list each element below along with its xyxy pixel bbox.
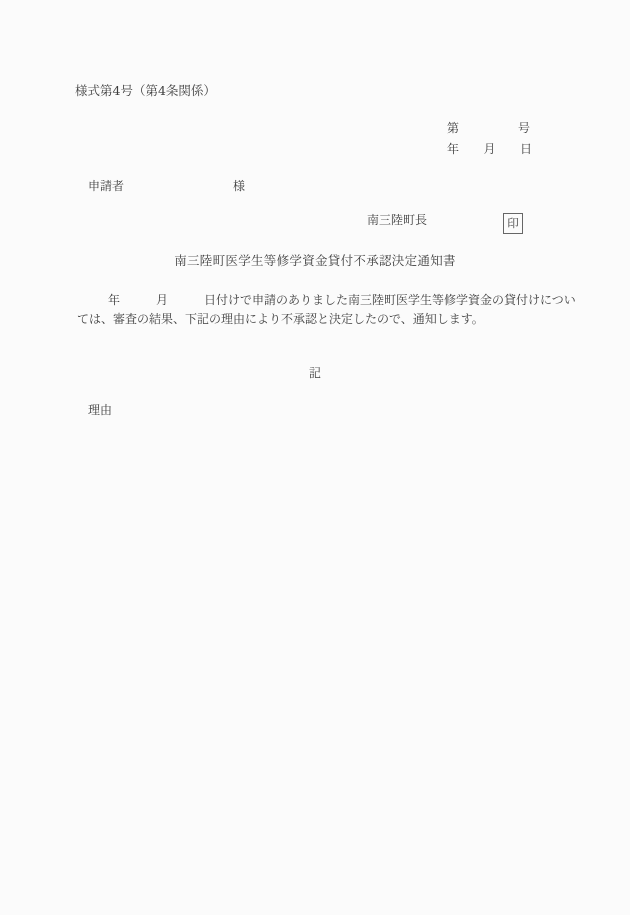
- applicant-label: 申請者: [88, 178, 124, 194]
- seal-box: 印: [503, 213, 523, 234]
- document-number-suffix: 号: [518, 120, 530, 136]
- reason-label: 理由: [88, 402, 112, 418]
- seal-character: 印: [507, 218, 519, 230]
- date-year-label: 年: [447, 141, 459, 157]
- date-day-label: 日: [520, 141, 532, 157]
- document-page: 様式第4号（第4条関係） 第 号 年 月 日 申請者 様 南三陸町長 印 南三陸…: [0, 0, 630, 915]
- body-text-line-1: 年 月 日付けで申請のありました南三陸町医学生等修学資金の貸付けについ: [108, 292, 576, 308]
- sender-title: 南三陸町長: [367, 212, 427, 228]
- date-month-label: 月: [483, 141, 495, 157]
- document-number-prefix: 第: [447, 120, 459, 136]
- document-title: 南三陸町医学生等修学資金貸付不承認決定通知書: [0, 253, 630, 269]
- record-marker: 記: [0, 365, 630, 381]
- body-text-line-2: ては、審査の結果、下記の理由により不承認と決定したので、通知します。: [77, 311, 484, 327]
- applicant-honorific: 様: [233, 178, 245, 194]
- document-date-line: 年 月 日: [447, 141, 532, 157]
- document-number-line: 第 号: [447, 120, 530, 136]
- form-number: 様式第4号（第4条関係）: [75, 83, 216, 99]
